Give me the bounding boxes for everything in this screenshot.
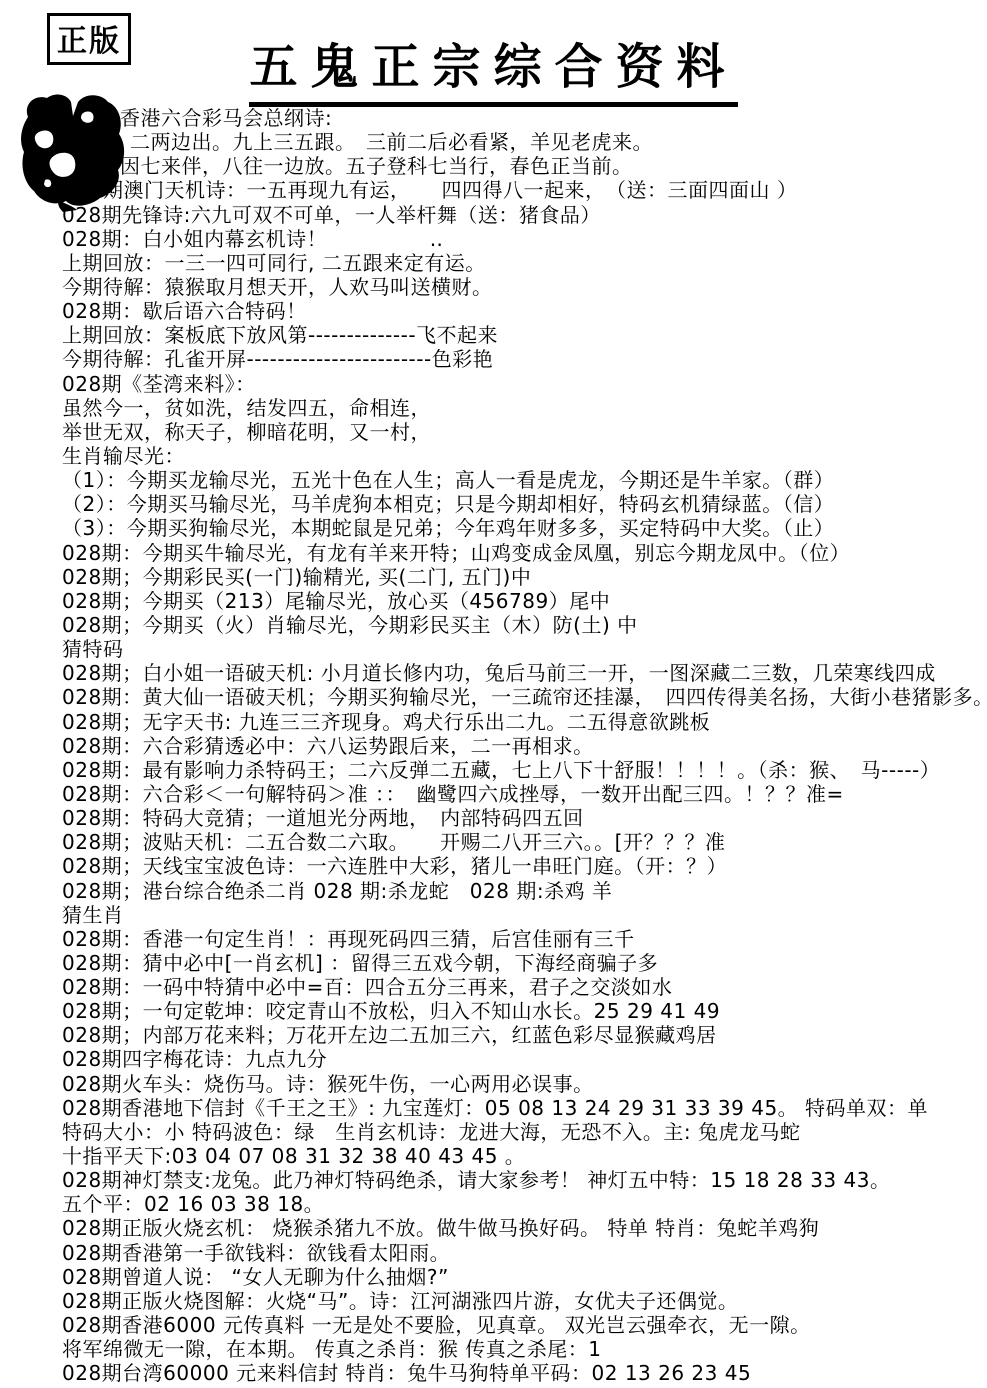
text-line: 028期；波贴天机：二五合数二六取。 开赐二八开三六。。[开？？？准 (0, 830, 987, 854)
text-line: 028期；白小姐一语破天机: 小月道长修内功，兔后马前三一开，一图深藏二三数，几… (0, 661, 987, 685)
text-line: 028期：今期买牛输尽光，有龙有羊来开特；山鸡变成金凤凰，别忘今期龙凤中。（位） (0, 541, 987, 565)
text-line: 028期：白小姐内幕玄机诗！ ‥ (0, 227, 987, 251)
text-line: 028期：一码中特猜中必中=百：四合五分三再来，君子之交淡如水 (0, 975, 987, 999)
text-line: 028期：特码大竞猜；一道旭光分两地， 内部特码四五回 (0, 806, 987, 830)
text-line: 今期待解：猿猴取月想天开，人欢马叫送横财。 (0, 275, 987, 299)
text-line: 028期；内部万花来料；万花开左边二五加三六，红蓝色彩尽显猴藏鸡居 (0, 1023, 987, 1047)
text-line: 猜特码 (0, 637, 987, 661)
text-line: 028期台湾60000 元来料信封 特肖：兔牛马狗特单平码：02 13 26 2… (0, 1361, 987, 1385)
text-line: 028期；无字天书: 九连三三齐现身。鸡犬行乐出二九。二五得意欲跳板 (0, 710, 987, 734)
text-line: 生肖输尽光： (0, 444, 987, 468)
text-line: 上期回放：案板底下放风第--------------飞不起来 (0, 323, 987, 347)
text-line: 028期香港第一手欲钱料：欲钱看太阳雨。 (0, 1241, 987, 1265)
text-line: 028期神灯禁支:龙兔。此乃神灯特码绝杀，请大家参考！ 神灯五中特：15 18 … (0, 1168, 987, 1192)
text-line: 028期：黄大仙一语破天机；今期买狗输尽光，一三疏帘还挂瀑， 四四传得美名扬，大… (0, 685, 987, 709)
text-line: 因七来伴，八往一边放。五子登科七当行，春色正当前。 (0, 154, 987, 178)
ink-blot (15, 92, 127, 212)
text-line: 将军绵微无一隙，在本期。 传真之杀肖：猴 传真之杀尾：1 (0, 1337, 987, 1361)
text-line: 028期：猜中必中[一肖玄机] ：留得三五戏今朝，下海经商骗子多 (0, 951, 987, 975)
text-line: 028期曾道人说： “女人无聊为什么抽烟?” (0, 1265, 987, 1289)
text-line: 028期；今期买（213）尾输尽光，放心买（456789）尾中 (0, 589, 987, 613)
text-line: 猜生肖 (0, 903, 987, 927)
text-line: 028期：六合彩猜透必中：六八运势跟后来，二一再相求。 (0, 734, 987, 758)
text-line: 举世无双，称天子，柳暗花明，又一村， (0, 420, 987, 444)
text-line: 028期；天线宝宝波色诗：一六连胜中大彩，猪儿一串旺门庭。（开：？） (0, 854, 987, 878)
text-line: 十指平天下:03 04 07 08 31 32 38 40 43 45 。 (0, 1144, 987, 1168)
text-line: 五个平：02 16 03 38 18。 (0, 1192, 987, 1216)
text-line: 028期；一句定乾坤：咬定青山不放松，归入不知山水长。25 29 41 49 (0, 999, 987, 1023)
text-line: 香港六合彩马会总纲诗: (0, 106, 987, 130)
text-line: 028期火车头：烧伤马。诗：猴死牛伤，一心两用必误事。 (0, 1072, 987, 1096)
text-line: 028期先锋诗:六九可双不可单，一人举杆舞（送：猪食品） (0, 203, 987, 227)
text-line: 028期香港6000 元传真料 一无是处不要脸，见真章。 双光岂云强牵衣，无一隙… (0, 1313, 987, 1337)
text-line: （1）：今期买龙输尽光，五光十色在人生；高人一看是虎龙，今期还是牛羊家。（群） (0, 468, 987, 492)
body-text: 香港六合彩马会总纲诗:二两边出。九上三五跟。 三前二后必看紧，羊见老虎来。因七来… (0, 106, 987, 1385)
text-line: （3）：今期买狗输尽光，本期蛇鼠是兄弟；今年鸡年财多多，买定特码中大奖。（止） (0, 516, 987, 540)
text-line: 028期四字梅花诗：九点九分 (0, 1047, 987, 1071)
text-line: 028期：最有影响力杀特码王；二六反弹二五藏，七上八下十舒服！！！！。（杀：猴、… (0, 758, 987, 782)
text-line: 028期；今期买（火）肖输尽光，今期彩民买主（木）防(土) 中 (0, 613, 987, 637)
page-title: 五鬼正宗综合资料 (0, 28, 987, 97)
page: 正版 五鬼正宗综合资料 香港六合彩马会总纲诗:二两边出。九上三五跟。 三前二后必… (0, 0, 987, 1388)
text-line: 虽然今一，贫如洗，结发四五，命相连， (0, 396, 987, 420)
text-line: 今期待解：孔雀开屏------------------------色彩艳 (0, 347, 987, 371)
text-line: 上期回放：一三一四可同行, 二五跟来定有运。 (0, 251, 987, 275)
text-line: 028期香港地下信封《千王之王》: 九宝莲灯：05 08 13 24 29 31… (0, 1096, 987, 1120)
text-line: 028期：歇后语六合特码！ (0, 299, 987, 323)
text-line: （2）：今期买马输尽光，马羊虎狗本相克；只是今期却相好，特码玄机猜绿蓝。（信） (0, 492, 987, 516)
text-line: 028期：六合彩＜一句解特码＞准 ：： 幽鹭四六成挫辱，一数开出配三四。！？？准… (0, 782, 987, 806)
page-title-text: 五鬼正宗综合资料 (249, 39, 737, 107)
text-line: 028期正版火烧玄机： 烧猴杀猪九不放。做牛做马换好码。 特单 特肖：兔蛇羊鸡狗 (0, 1216, 987, 1240)
text-line: 028期；今期彩民买(一门)输精光, 买(二门, 五门)中 (0, 565, 987, 589)
text-line: 028期：香港一句定生肖！：再现死码四三猜，后宫佳丽有三千 (0, 927, 987, 951)
text-line: 二两边出。九上三五跟。 三前二后必看紧，羊见老虎来。 (0, 130, 987, 154)
text-line: 028期；港台综合绝杀二肖 028 期:杀龙蛇 028 期:杀鸡 羊 (0, 879, 987, 903)
text-line: 028期《荃湾来料》： (0, 372, 987, 396)
text-line: 期澳门天机诗：一五再现九有运， 四四得八一起来， （送：三面四面山 ） (0, 178, 987, 202)
text-line: 028期正版火烧图解：火烧“马”。诗：江河湖涨四片游，女优夫子还偶觉。 (0, 1289, 987, 1313)
text-line: 特码大小：小 特码波色：绿 生肖玄机诗：龙进大海，无恐不入。主: 兔虎龙马蛇 (0, 1120, 987, 1144)
